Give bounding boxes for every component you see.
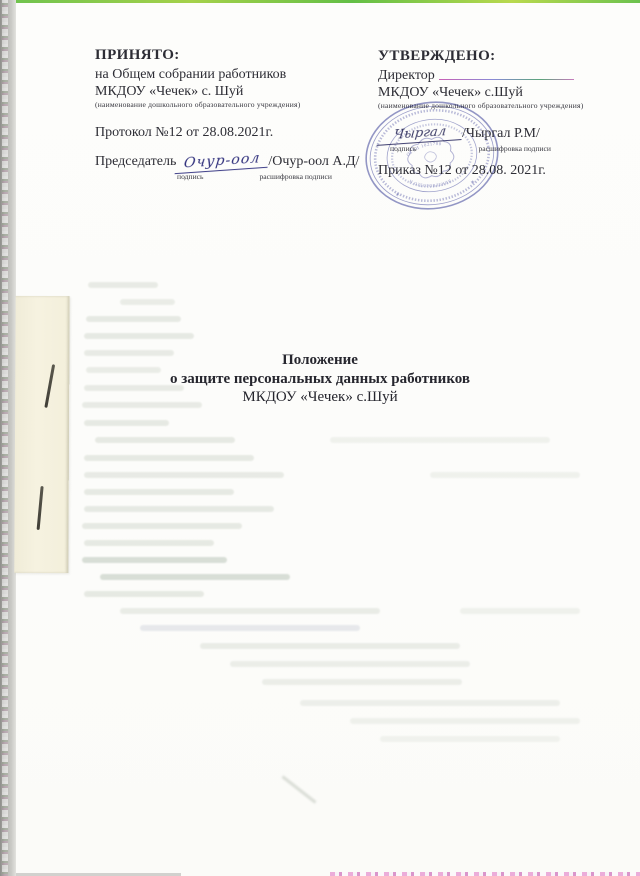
ghost-line	[84, 333, 194, 339]
protocol-line: Протокол №12 от 28.08.2021г.	[95, 124, 390, 141]
ghost-line	[86, 316, 181, 322]
ghost-line	[350, 718, 580, 724]
scan-edge-left	[0, 0, 16, 876]
ghost-line	[120, 299, 175, 305]
signature-captions: подпись расшифровка подписи	[95, 171, 390, 182]
ghost-line	[84, 489, 234, 495]
ghost-line	[200, 643, 460, 649]
name-caption: расшифровка подписи	[259, 171, 331, 182]
inner-microtext-ring	[388, 119, 476, 192]
director-row: Директор	[378, 67, 574, 84]
chair-name: /Очур-оол А.Д/	[268, 153, 359, 170]
scanned-page: ПРИНЯТО: на Общем собрании работников МК…	[0, 0, 640, 876]
director-label: Директор	[378, 67, 435, 84]
ghost-line	[82, 557, 227, 563]
ghost-line	[430, 472, 580, 478]
ghost-line	[262, 679, 462, 685]
ghost-line	[460, 608, 580, 614]
chair-label: Председатель	[95, 153, 176, 170]
svg-text:И ОЗДОРОВЛЕНИЯ: И ОЗДОРОВЛЕНИЯ	[408, 173, 453, 192]
ghost-line	[95, 437, 235, 443]
title-line3: МКДОУ «Чечек» с.Шуй	[0, 388, 640, 407]
director-blank-line	[439, 79, 574, 80]
round-seal-stamp: ОГРН 1021700 И ОЗДОРОВЛЕНИЯ ✶ ✶	[354, 88, 509, 224]
ghost-line	[300, 700, 560, 706]
accepted-line1: на Общем собрании работников	[95, 66, 390, 83]
ghost-line	[84, 591, 204, 597]
scan-edge-top	[0, 0, 640, 3]
stamp-star-icon: ✶	[470, 179, 476, 187]
scan-edge-bottom-pink	[330, 872, 640, 876]
accepted-caption: (наименование дошкольного образовательно…	[95, 100, 390, 110]
ghost-line	[84, 540, 214, 546]
ghost-line	[84, 420, 169, 426]
document-title: Положение о защите персональных данных р…	[0, 351, 640, 407]
ghost-line	[84, 472, 284, 478]
accepted-line2: МКДОУ «Чечек» с. Шуй	[95, 83, 390, 100]
ghost-line	[380, 736, 560, 742]
title-line2: о защите персональных данных работников	[0, 370, 640, 389]
stamp-bottom-text: И ОЗДОРОВЛЕНИЯ	[408, 173, 453, 192]
tape-strip	[14, 296, 69, 573]
ghost-line	[100, 574, 290, 580]
ghost-line	[88, 282, 158, 288]
accepted-heading: ПРИНЯТО:	[95, 47, 390, 64]
pencil-smudge	[282, 775, 317, 803]
ghost-line	[230, 661, 470, 667]
ghost-line	[140, 625, 360, 631]
approved-heading: УТВЕРЖДЕНО:	[378, 48, 593, 65]
accepted-block: ПРИНЯТО: на Общем собрании работников МК…	[95, 47, 390, 182]
title-line1: Положение	[0, 351, 640, 370]
ghost-line	[84, 506, 274, 512]
ghost-line	[82, 523, 242, 529]
stamp-star-icon: ✶	[395, 191, 401, 199]
chair-signature-row: ПредседательОчур-оол/Очур-оол А.Д/	[95, 153, 390, 171]
staple-mark	[37, 486, 44, 530]
ghost-line	[120, 608, 380, 614]
ghost-line	[84, 455, 254, 461]
ghost-line	[330, 437, 550, 443]
